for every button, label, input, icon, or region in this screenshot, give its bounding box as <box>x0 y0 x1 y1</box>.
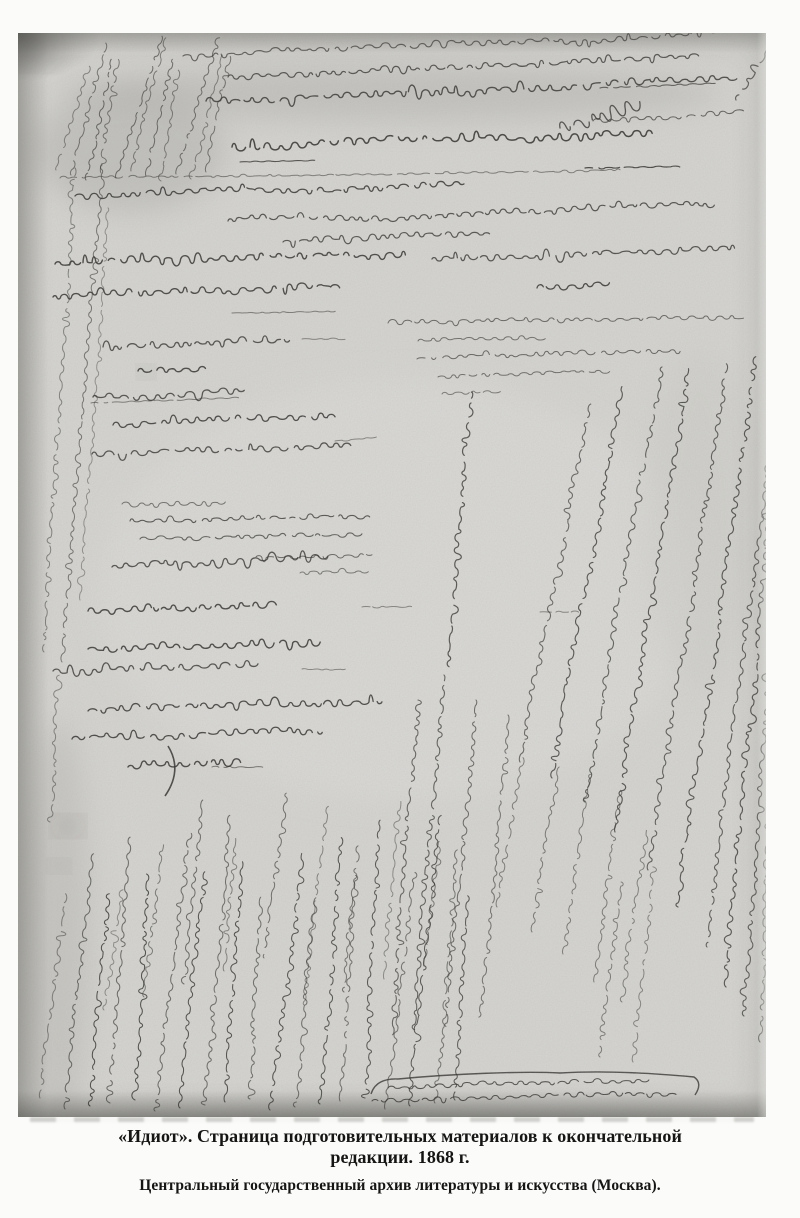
manuscript-photo <box>18 33 766 1117</box>
scan-artifact-strip <box>30 1117 754 1122</box>
caption-title-line-1: «Идиот». Страница подготовительных матер… <box>0 1126 800 1147</box>
book-page: { "caption": { "line1": "«Идиот». Страни… <box>0 0 800 1218</box>
caption-title-line-2: редакции. 1868 г. <box>0 1147 800 1168</box>
handwriting-ink <box>18 33 766 1117</box>
figure-caption: «Идиот». Страница подготовительных матер… <box>0 1126 800 1195</box>
caption-source-line: Центральный государственный архив литера… <box>0 1177 800 1195</box>
